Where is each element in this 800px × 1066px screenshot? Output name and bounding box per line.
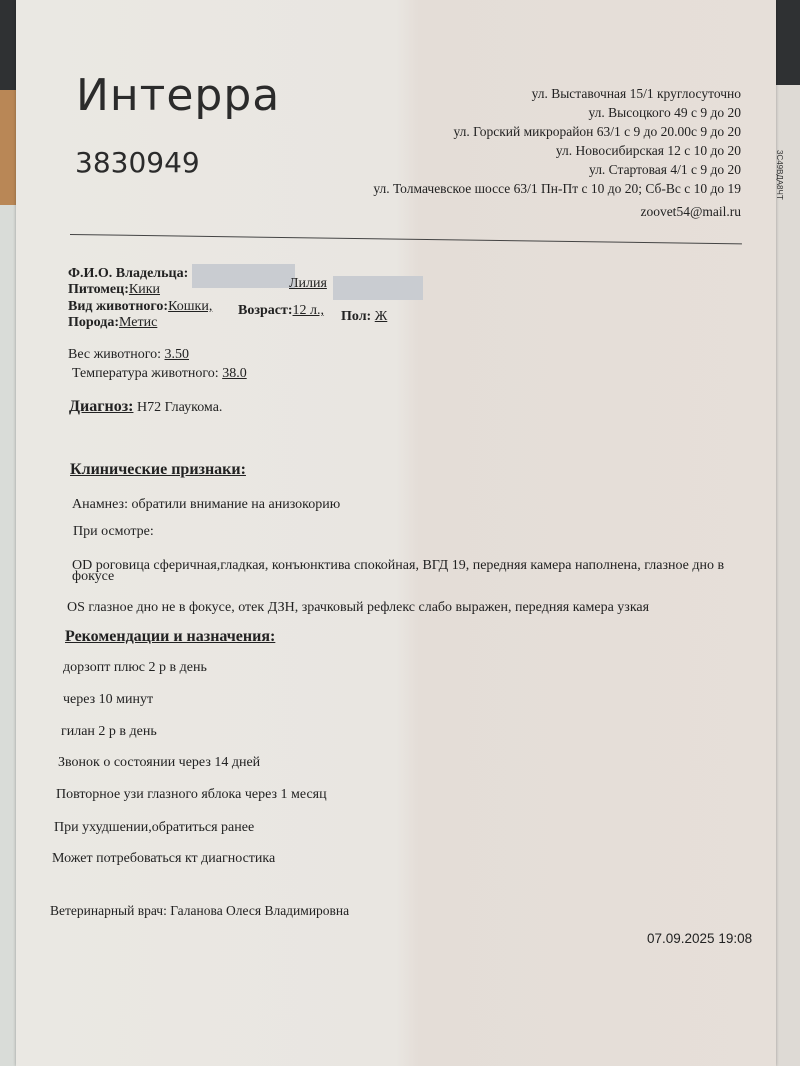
clinic-addresses: ул. Выставочная 15/1 круглосуточно ул. В… [373, 84, 741, 198]
species-label: Вид животного: [68, 299, 168, 314]
diagnosis-row: Диагноз: H72 Глаукома. [69, 398, 222, 416]
redacted-owner-surname [192, 264, 295, 288]
recommendation-item: дорзопт плюс 2 р в день [63, 660, 207, 676]
owner-name: Лилия [289, 276, 327, 292]
address-line: ул. Выставочная 15/1 круглосуточно [373, 84, 741, 103]
pet-row: Питомец:Кики [68, 282, 160, 298]
temperature-value: 38.0 [222, 366, 247, 381]
address-line: ул. Стартовая 4/1 с 9 до 20 [373, 160, 741, 179]
od-findings-line2: фокусе [72, 569, 114, 585]
recommendation-item: гилан 2 р в день [61, 724, 157, 740]
background-side-code: 3С49ВДА8ЧТ [775, 150, 784, 200]
sex-field: Пол: Ж [341, 309, 387, 325]
owner-row: Ф.И.О. Владельца: [68, 266, 188, 282]
owner-label: Ф.И.О. Владельца: [68, 266, 188, 281]
diagnosis-value: H72 Глаукома. [137, 400, 222, 415]
document-datetime: 07.09.2025 19:08 [647, 931, 752, 946]
clinic-logo: Интерра [76, 70, 280, 121]
recommendation-item: Звонок о состоянии через 14 дней [58, 755, 260, 771]
veterinarian-name: Ветеринарный врач: Галанова Олеся Владим… [50, 903, 349, 919]
address-line: ул. Новосибирская 12 с 10 до 20 [373, 141, 741, 160]
od-findings-line1: OD роговица сферичная,гладкая, конъюнкти… [72, 558, 724, 574]
recommendation-item: При ухудшении,обратиться ранее [54, 820, 254, 836]
sex-label: Пол: [341, 309, 371, 324]
pet-name: Кики [129, 282, 160, 297]
recommendation-item: через 10 минут [63, 692, 153, 708]
clinic-phone: 3830949 [75, 146, 200, 179]
diagnosis-label: Диагноз: [69, 398, 133, 415]
temperature-label: Температура животного: [72, 366, 219, 381]
age-value: 12 л., [293, 303, 325, 318]
recommendation-item: Повторное узи глазного яблока через 1 ме… [56, 787, 327, 803]
species-row: Вид животного:Кошки, [68, 299, 212, 315]
weight-row: Вес животного: 3.50 [68, 347, 189, 363]
address-line: ул. Высоцкого 49 с 9 до 20 [373, 103, 741, 122]
exam-label: При осмотре: [73, 524, 154, 540]
header-divider [70, 234, 742, 244]
recommendation-item: Может потребоваться кт диагностика [52, 851, 275, 867]
clinical-signs-heading: Клинические признаки: [70, 461, 246, 479]
pet-label: Питомец: [68, 282, 129, 297]
temperature-row: Температура животного: 38.0 [72, 366, 247, 382]
species-value: Кошки, [168, 299, 212, 314]
weight-value: 3.50 [165, 347, 190, 362]
redacted-owner-patronymic [333, 276, 423, 300]
recommendations-heading: Рекомендации и назначения: [65, 628, 275, 646]
address-line: ул. Толмачевское шоссе 63/1 Пн-Пт с 10 д… [373, 179, 741, 198]
breed-label: Порода: [68, 315, 119, 330]
os-findings: OS глазное дно не в фокусе, отек ДЗН, зр… [67, 600, 649, 616]
age-field: Возраст:12 л., [238, 303, 324, 319]
medical-document: Интерра 3830949 ул. Выставочная 15/1 кру… [16, 0, 776, 1066]
address-line: ул. Горский микрорайон 63/1 с 9 до 20.00… [373, 122, 741, 141]
breed-row: Порода:Метис [68, 315, 157, 331]
clinic-email: zoovet54@mail.ru [640, 204, 741, 220]
breed-value: Метис [119, 315, 157, 330]
age-label: Возраст: [238, 303, 293, 318]
anamnesis: Анамнез: обратили внимание на анизокорию [72, 497, 340, 513]
sex-value: Ж [375, 309, 388, 324]
weight-label: Вес животного: [68, 347, 161, 362]
